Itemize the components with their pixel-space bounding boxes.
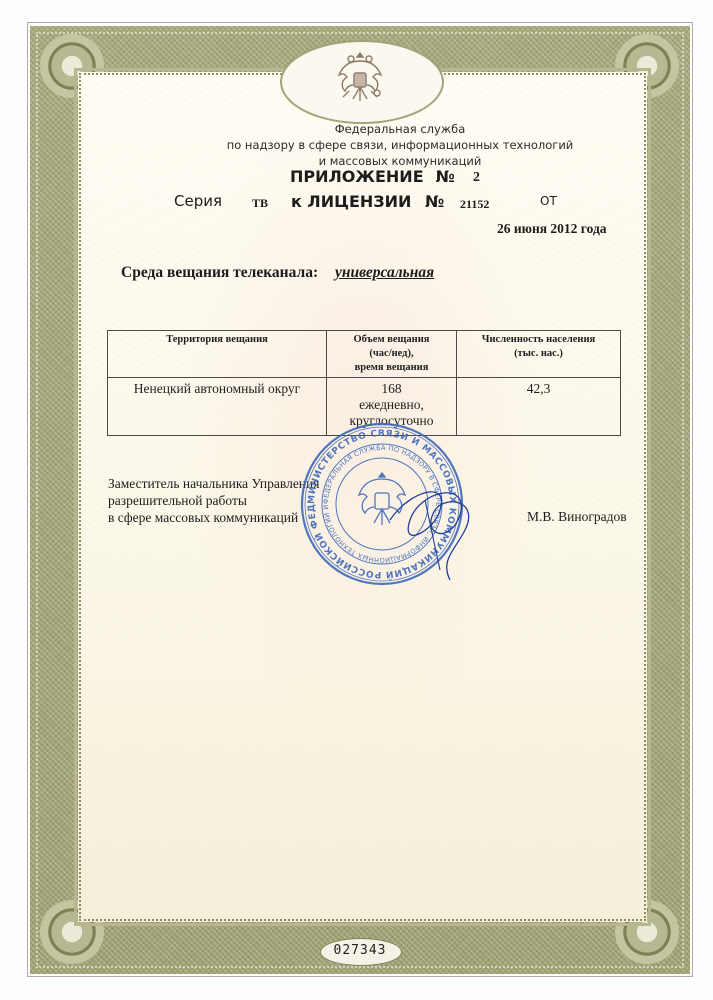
- appendix-label: ПРИЛОЖЕНИЕ: [290, 167, 424, 186]
- series-value: ТВ: [252, 196, 268, 211]
- russian-coat-of-arms-icon: [333, 46, 387, 112]
- serial-number: 027343: [320, 940, 400, 962]
- signer-name: М.В. Виноградов: [527, 509, 627, 525]
- table-header-row: Территория вещания Объем вещания (час/не…: [108, 331, 621, 378]
- handwritten-signature: [380, 460, 500, 590]
- agency-line-2: по надзору в сфере связи, информационных…: [200, 137, 600, 153]
- broadcast-environment-label: Среда вещания телеканала:: [121, 264, 318, 282]
- from-label: ОТ: [540, 194, 557, 208]
- header-territory: Территория вещания: [108, 331, 327, 378]
- cell-territory: Ненецкий автономный округ: [108, 378, 327, 436]
- agency-name: Федеральная служба по надзору в сфере св…: [200, 121, 600, 169]
- appendix-number: 2: [473, 170, 480, 186]
- agency-line-1: Федеральная служба: [200, 121, 600, 137]
- license-number: 21152: [460, 197, 489, 212]
- series-label: Серия: [174, 192, 222, 210]
- license-label: к ЛИЦЕНЗИИ: [291, 192, 411, 211]
- license-appendix-document: Федеральная служба по надзору в сфере св…: [0, 0, 713, 1000]
- license-number-sign: №: [425, 192, 444, 211]
- appendix-heading: ПРИЛОЖЕНИЕ№: [290, 167, 455, 186]
- broadcast-environment-value: универсальная: [335, 264, 434, 282]
- appendix-number-sign: №: [436, 167, 455, 186]
- cell-population: 42,3: [457, 378, 621, 436]
- header-population: Численность населения (тыс. нас.): [457, 331, 621, 378]
- header-volume: Объем вещания (час/нед), время вещания: [327, 331, 457, 378]
- license-date: 26 июня 2012 года: [497, 221, 607, 237]
